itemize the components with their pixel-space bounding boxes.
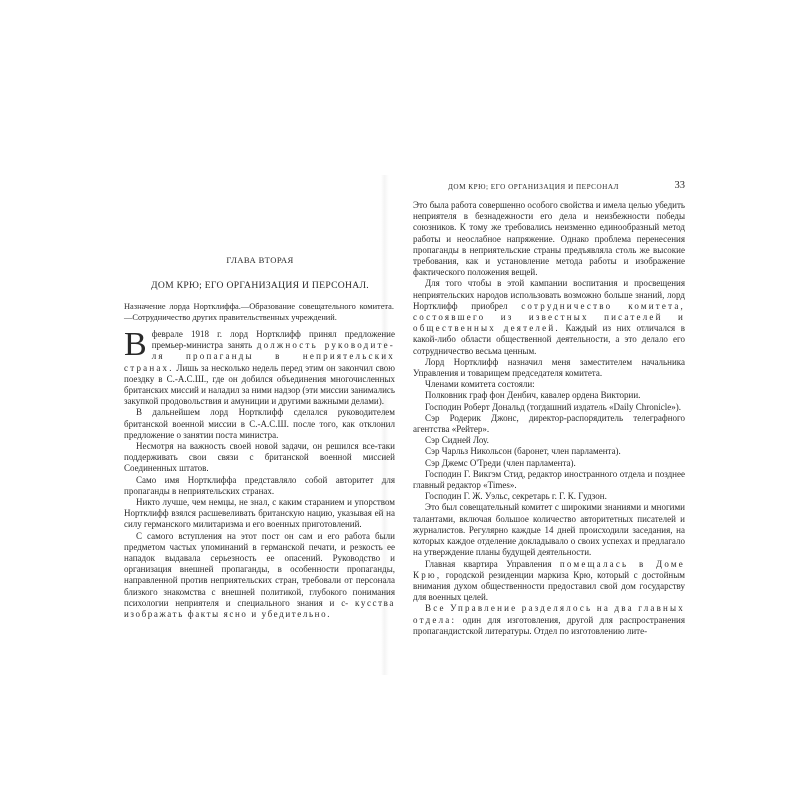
paragraph: Это был совещательный комитет с широкими…: [413, 502, 685, 558]
committee-member: Сэр Джемс О'Треди (член парламента).: [413, 458, 685, 469]
paragraph: Членами комитета состояли:: [413, 379, 685, 390]
committee-member: Сэр Родерик Джонс, директор-распорядител…: [413, 413, 685, 435]
chapter-title: ДОМ КРЮ; ЕГО ОРГАНИЗАЦИЯ И ПЕРСОНАЛ.: [110, 280, 410, 291]
chapter-label: ГЛАВА ВТОРАЯ: [110, 255, 410, 265]
page-number: 33: [675, 180, 686, 191]
committee-member: Господин Г. Ж. Уэльс, секретарь г. Г. К.…: [413, 491, 685, 502]
paragraph: Все Управление разделялось на два главны…: [413, 603, 685, 637]
drop-cap: В: [124, 331, 147, 359]
paragraph: Лорд Нортклифф назначил меня заместителе…: [413, 357, 685, 379]
book-spread: ГЛАВА ВТОРАЯ ДОМ КРЮ; ЕГО ОРГАНИЗАЦИЯ И …: [0, 0, 800, 800]
paragraph: В феврале 1918 г. лорд Нортклифф принял …: [124, 329, 395, 407]
committee-member: Господин Роберт Дональд (тогдашний издат…: [413, 402, 685, 413]
running-head: ДОМ КРЮ; ЕГО ОРГАНИЗАЦИЯ И ПЕРСОНАЛ 33: [413, 180, 685, 194]
committee-member: Полковник граф фон Денбич, кавалер орден…: [413, 390, 685, 401]
paragraph: Несмотря на важность своей новой задачи,…: [124, 441, 395, 475]
spaced-emphasis: должность руководите-: [257, 340, 395, 350]
paragraph: С самого вступления на этот пост он сам …: [124, 531, 395, 621]
committee-member: Сэр Чарльз Никольсон (баронет, член парл…: [413, 446, 685, 457]
paragraph: Само имя Нортклиффа представляло собой а…: [124, 475, 395, 497]
paragraph: Главная квартира Управления помещалась в…: [413, 559, 685, 604]
paragraph: Для того чтобы в этой кампании воспитани…: [413, 278, 685, 356]
committee-member: Сэр Сидней Лоу.: [413, 435, 685, 446]
left-page-body: В феврале 1918 г. лорд Нортклифф принял …: [124, 329, 395, 620]
paragraph: Это была работа совершенно особого свойс…: [413, 200, 685, 278]
committee-member: Господин Г. Викгэм Стид, редактор иностр…: [413, 469, 685, 491]
chapter-summary: Назначение лорда Нортклиффа.—Образование…: [124, 302, 394, 323]
right-page-body: Это была работа совершенно особого свойс…: [413, 200, 685, 637]
running-head-title: ДОМ КРЮ; ЕГО ОРГАНИЗАЦИЯ И ПЕРСОНАЛ: [448, 183, 619, 191]
paragraph: Никто лучше, чем немцы, не знал, с каким…: [124, 497, 395, 531]
paragraph: В дальнейшем лорд Нортклифф сделался рук…: [124, 407, 395, 441]
